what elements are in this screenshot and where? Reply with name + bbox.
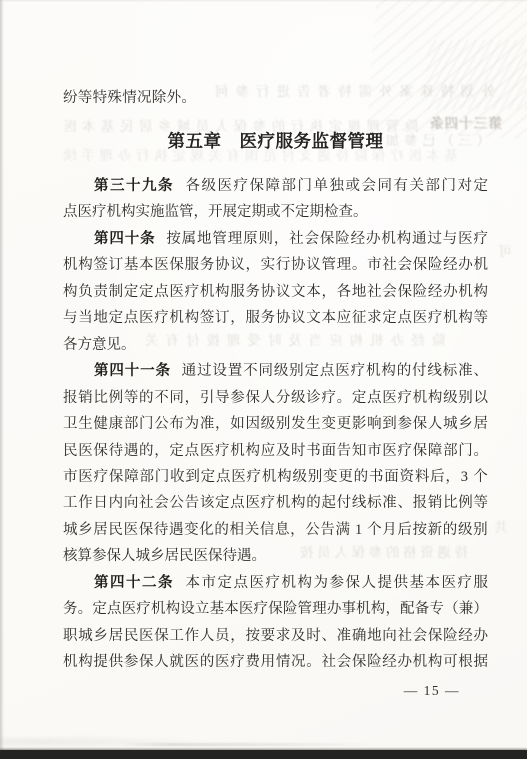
body-char: 构 bbox=[245, 440, 260, 462]
body-char: 确 bbox=[352, 625, 367, 647]
body-char: 等 bbox=[124, 387, 139, 409]
body-char: 社 bbox=[321, 651, 336, 673]
bleed-through-char: 何 bbox=[215, 84, 229, 99]
body-char: 保 bbox=[154, 625, 169, 647]
body-char: 疗 bbox=[94, 466, 109, 488]
body-char: 疗 bbox=[428, 307, 443, 329]
body-char: 医 bbox=[169, 281, 184, 303]
article-number-char: 一 bbox=[140, 360, 155, 382]
body-char: 疗 bbox=[397, 440, 412, 462]
body-char: 参 bbox=[124, 651, 139, 673]
body-char: 医 bbox=[185, 651, 200, 673]
body-char: 机 bbox=[413, 387, 428, 409]
body-char: 保 bbox=[107, 545, 122, 567]
body-char: 级 bbox=[443, 387, 458, 409]
bleed-through-char: 共 bbox=[495, 520, 509, 535]
body-char: 协 bbox=[215, 254, 230, 276]
body-char: 民 bbox=[124, 625, 139, 647]
body-char: 乡 bbox=[93, 625, 108, 647]
bleed-through-char: 进 bbox=[277, 84, 291, 99]
bleed-through-char: 者 bbox=[318, 84, 332, 99]
body-char: 门 bbox=[442, 175, 457, 197]
body-char: 疗 bbox=[261, 492, 276, 514]
body-char: 协 bbox=[261, 281, 276, 303]
body-char: 障 bbox=[428, 440, 443, 462]
body-char: 查 bbox=[339, 201, 354, 223]
article-number-char: 十 bbox=[126, 572, 141, 594]
body-char: 备 bbox=[415, 598, 430, 620]
body-char: 会 bbox=[154, 492, 169, 514]
body-char: 开 bbox=[208, 201, 223, 223]
body-char: 检 bbox=[324, 201, 339, 223]
body-char: 、 bbox=[321, 625, 336, 647]
body-char: 对 bbox=[458, 175, 473, 197]
body-char: 见 bbox=[107, 334, 122, 356]
body-char: 供 bbox=[394, 572, 409, 594]
body-char: 机 bbox=[151, 598, 166, 620]
body-char: 参 bbox=[92, 545, 107, 567]
body-char bbox=[351, 519, 355, 541]
body-line: 机构提供参保人就医的医疗费用情况。社会保险经办机构可根据 bbox=[63, 651, 488, 673]
bleed-through-char: 参 bbox=[236, 84, 250, 99]
body-char: 。 bbox=[252, 545, 267, 567]
body-char: 知 bbox=[352, 440, 367, 462]
article-number-char: 条 bbox=[158, 175, 173, 197]
body-line: 与当地定点医疗机构签订，服务协议文本应征求定点医疗机构等 bbox=[63, 307, 488, 329]
body-char: ， bbox=[230, 625, 245, 647]
bleed-through-char: 告 bbox=[297, 84, 311, 99]
body-char: 职 bbox=[63, 625, 78, 647]
body-char: 提 bbox=[378, 572, 393, 594]
body-char: 有 bbox=[394, 175, 409, 197]
body-char: 工 bbox=[63, 492, 78, 514]
body-char: 经 bbox=[458, 625, 473, 647]
body-char: 况 bbox=[291, 651, 306, 673]
body-char: 医 bbox=[335, 360, 350, 382]
body-char: 医 bbox=[218, 175, 233, 197]
body-char: 待 bbox=[154, 519, 169, 541]
body-char: 别 bbox=[289, 360, 304, 382]
body-char: 理 bbox=[228, 228, 243, 250]
body-char: 公 bbox=[154, 413, 169, 435]
body-char: 可 bbox=[443, 651, 458, 673]
body-char: 设 bbox=[180, 598, 195, 620]
body-char: 点 bbox=[230, 492, 245, 514]
body-char: 新 bbox=[428, 519, 443, 541]
body-line: 民医保待遇的，定点医疗机构应及时书面告知市医疗保障部门。 bbox=[63, 440, 488, 462]
body-char: 不 bbox=[243, 360, 258, 382]
body-char: 变 bbox=[323, 466, 338, 488]
body-char: 应 bbox=[337, 307, 352, 329]
body-char: 核 bbox=[63, 545, 78, 567]
body-char: 保 bbox=[268, 598, 283, 620]
article-number-char: 四 bbox=[109, 228, 124, 250]
body-char: 点 bbox=[124, 307, 139, 329]
body-char: 会 bbox=[362, 175, 377, 197]
body-char: 社 bbox=[382, 254, 397, 276]
body-char: 构 bbox=[291, 492, 306, 514]
body-char: 满 bbox=[336, 519, 351, 541]
article-number-char: 九 bbox=[142, 175, 157, 197]
body-char: 城 bbox=[443, 413, 458, 435]
article-first-line: 第三十九条各级医疗保障部门单独或会同有关部门对定 bbox=[63, 175, 488, 197]
body-char: 构 bbox=[185, 307, 200, 329]
body-char: 疗 bbox=[458, 572, 473, 594]
body-char: 经 bbox=[351, 228, 366, 250]
body-char: 变 bbox=[321, 413, 336, 435]
body-char: 经 bbox=[443, 254, 458, 276]
body-char: 参 bbox=[397, 413, 412, 435]
article-number-char: 三 bbox=[110, 175, 125, 197]
body-char: 个 bbox=[473, 466, 488, 488]
body-char: 各 bbox=[63, 334, 78, 356]
body-char: 3 bbox=[461, 466, 468, 488]
body-char: 管 bbox=[298, 598, 313, 620]
body-char: 构 bbox=[215, 281, 230, 303]
body-char: 保 bbox=[250, 175, 265, 197]
body-char: 民 bbox=[179, 545, 194, 567]
body-char: 疗 bbox=[254, 598, 269, 620]
body-char: 原 bbox=[243, 228, 258, 250]
body-char: 、 bbox=[473, 360, 488, 382]
body-char: ， bbox=[290, 519, 305, 541]
body-char: 管 bbox=[321, 254, 336, 276]
body-char: 社 bbox=[139, 492, 154, 514]
body-char bbox=[363, 519, 367, 541]
body-char: 机 bbox=[276, 492, 291, 514]
body-char: 疗 bbox=[230, 651, 245, 673]
body-char: 医 bbox=[442, 572, 457, 594]
body-char: 立 bbox=[195, 598, 210, 620]
body-char: 疗 bbox=[154, 307, 169, 329]
body-char: 实 bbox=[261, 254, 276, 276]
body-char: 告 bbox=[320, 519, 335, 541]
body-char: 标 bbox=[367, 492, 382, 514]
body-char: 疗 bbox=[397, 387, 412, 409]
body-char: 民 bbox=[108, 519, 123, 541]
body-char: 例 bbox=[109, 387, 124, 409]
body-char: 参 bbox=[230, 387, 245, 409]
body-char: 议 bbox=[306, 254, 321, 276]
body-char: 订 bbox=[215, 307, 230, 329]
body-char: 机 bbox=[458, 281, 473, 303]
bleed-through-char: 特 bbox=[338, 84, 352, 99]
body-char: 公 bbox=[169, 492, 184, 514]
body-char: 保 bbox=[139, 651, 154, 673]
body-char: 机 bbox=[366, 360, 381, 382]
body-char: ， bbox=[194, 201, 209, 223]
body-char: 供 bbox=[109, 651, 124, 673]
body-char: 级 bbox=[274, 360, 289, 382]
body-char: 务 bbox=[200, 254, 215, 276]
body-char: 销 bbox=[428, 492, 443, 514]
body-char: 关 bbox=[410, 175, 425, 197]
body-char: 保 bbox=[139, 519, 154, 541]
body-char: 医 bbox=[139, 625, 154, 647]
body-char: 按 bbox=[413, 519, 428, 541]
body-char: 监 bbox=[165, 201, 180, 223]
body-char: 的 bbox=[200, 651, 215, 673]
body-char: 乡 bbox=[78, 519, 93, 541]
body-char: 门 bbox=[458, 440, 473, 462]
body-char: 保 bbox=[413, 440, 428, 462]
body-char: 构 bbox=[121, 201, 136, 223]
body-char: 服 bbox=[185, 254, 200, 276]
body-char: 医 bbox=[413, 307, 428, 329]
body-char: 别 bbox=[473, 519, 488, 541]
body-char: 保 bbox=[109, 466, 124, 488]
body-char: 的 bbox=[354, 466, 369, 488]
body-char: 本 bbox=[186, 572, 201, 594]
body-char: 构 bbox=[473, 281, 488, 303]
body-char: 报 bbox=[63, 387, 78, 409]
body-char: 签 bbox=[93, 254, 108, 276]
body-char: 付 bbox=[412, 360, 427, 382]
body-char: 市 bbox=[367, 440, 382, 462]
article-number-char: 十 bbox=[125, 228, 140, 250]
body-char: 收 bbox=[170, 466, 185, 488]
article-number-char: 第 bbox=[94, 228, 109, 250]
body-char: 机 bbox=[356, 598, 371, 620]
body-char: 的 bbox=[443, 519, 458, 541]
body-char: 本 bbox=[321, 307, 336, 329]
body-char: 后 bbox=[430, 466, 445, 488]
body-char: 疗 bbox=[266, 572, 281, 594]
body-char: 的 bbox=[397, 360, 412, 382]
article-first-line: 第四十条按属地管理原则，社会保险经办机构通过与医疗 bbox=[63, 228, 488, 250]
body-char: 遇 bbox=[124, 440, 139, 462]
body-char: 险 bbox=[367, 651, 382, 673]
body-char: 。 bbox=[473, 440, 488, 462]
body-char: 机 bbox=[413, 651, 428, 673]
article-number-char: 二 bbox=[142, 572, 157, 594]
body-char: 准 bbox=[200, 413, 215, 435]
article-first-line: 第四十二条本市定点医疗机构为参保人提供基本医疗服 bbox=[63, 572, 488, 594]
body-char: 兼 bbox=[459, 598, 474, 620]
body-char: 情 bbox=[276, 651, 291, 673]
body-char: 定 bbox=[201, 466, 216, 488]
body-char: ， bbox=[445, 466, 460, 488]
body-char: 医 bbox=[122, 598, 137, 620]
body-char: 基 bbox=[210, 598, 225, 620]
body-char: 点 bbox=[185, 440, 200, 462]
body-char: 别 bbox=[458, 387, 473, 409]
body-char: ， bbox=[321, 281, 336, 303]
body-char: 医 bbox=[200, 440, 215, 462]
body-char: 本 bbox=[224, 598, 239, 620]
body-char: 会 bbox=[337, 651, 352, 673]
body-char: 市 bbox=[63, 466, 78, 488]
body-char: 别 bbox=[308, 466, 323, 488]
body-char: 疗 bbox=[136, 598, 151, 620]
body-char: 办 bbox=[397, 651, 412, 673]
body-char: 保 bbox=[93, 440, 108, 462]
body-char: 文 bbox=[291, 281, 306, 303]
body-char: 等 bbox=[473, 492, 488, 514]
body-char: 保 bbox=[320, 228, 335, 250]
body-char: 线 bbox=[427, 360, 442, 382]
body-char: 民 bbox=[63, 440, 78, 462]
body-char: 1 bbox=[355, 519, 362, 541]
body-char: 变 bbox=[184, 519, 199, 541]
body-char: 社 bbox=[367, 281, 382, 303]
body-char: 疗 bbox=[234, 175, 249, 197]
body-line: 城乡居民医保待遇变化的相关信息，公告满 1 个月后按新的级别 bbox=[63, 519, 488, 541]
body-char: 书 bbox=[369, 466, 384, 488]
body-char: 或 bbox=[266, 201, 281, 223]
body-line: 工作日内向社会公告该定点医疗机构的起付线标准、报销比例等 bbox=[63, 492, 488, 514]
body-char: 社 bbox=[289, 228, 304, 250]
body-char: 保 bbox=[413, 254, 428, 276]
body-char: 分 bbox=[276, 387, 291, 409]
body-char: 生 bbox=[306, 413, 321, 435]
body-char: 保 bbox=[245, 387, 260, 409]
scan-corner-texture-secondary bbox=[427, 40, 527, 110]
body-char: 点 bbox=[397, 307, 412, 329]
body-char: 医 bbox=[124, 519, 139, 541]
body-char: 卫 bbox=[63, 413, 78, 435]
body-char: 居 bbox=[109, 625, 124, 647]
body-char: 会 bbox=[397, 254, 412, 276]
body-char: 点 bbox=[154, 281, 169, 303]
article-number-char: 条 bbox=[140, 228, 155, 250]
body-char: 定 bbox=[169, 440, 184, 462]
body-char: 城 bbox=[63, 519, 78, 541]
body-char: 级 bbox=[291, 387, 306, 409]
body-char: 居 bbox=[93, 519, 108, 541]
body-char: 独 bbox=[330, 175, 345, 197]
body-char: 人 bbox=[154, 651, 169, 673]
body-char: 向 bbox=[382, 625, 397, 647]
body-line: 核算参保人城乡居民医保待遇。 bbox=[63, 545, 488, 567]
body-char: ， bbox=[154, 440, 169, 462]
body-char: 构 bbox=[458, 307, 473, 329]
body-char: 起 bbox=[321, 492, 336, 514]
body-char: 点 bbox=[234, 572, 249, 594]
body-char: 会 bbox=[413, 625, 428, 647]
body-line: 点医疗机构实施监管，开展定期或不定期检查。 bbox=[63, 201, 488, 223]
body-char: 的 bbox=[139, 440, 154, 462]
body-char: 发 bbox=[291, 413, 306, 435]
body-char: 康 bbox=[109, 413, 124, 435]
body-char: 定 bbox=[352, 387, 367, 409]
body-char: 关 bbox=[245, 519, 260, 541]
body-char: 乡 bbox=[458, 413, 473, 435]
body-char: 机 bbox=[381, 228, 396, 250]
body-char: 保 bbox=[346, 572, 361, 594]
body-char: 管 bbox=[179, 201, 194, 223]
body-char: 务 bbox=[261, 307, 276, 329]
body-char: 保 bbox=[352, 651, 367, 673]
body-char: 疗 bbox=[247, 466, 262, 488]
body-char: 保 bbox=[413, 413, 428, 435]
body-char: 管 bbox=[212, 228, 227, 250]
body-char: 定 bbox=[124, 281, 139, 303]
body-char: 构 bbox=[371, 598, 386, 620]
body-char: 。 bbox=[306, 651, 321, 673]
body-char: 医 bbox=[458, 228, 473, 250]
body-char: 理 bbox=[337, 254, 352, 276]
scan-smudge-line bbox=[120, 743, 380, 746]
body-char: 月 bbox=[382, 519, 397, 541]
body-line: 务。定点医疗机构设立基本医疗保险管理办事机构，配备专（兼） bbox=[63, 598, 488, 620]
body-char: 据 bbox=[473, 651, 488, 673]
body-char: 城 bbox=[78, 625, 93, 647]
body-line: 机构签订基本医保服务协议，实行协议管理。市社会保险经办机 bbox=[63, 254, 488, 276]
body-char: 险 bbox=[413, 281, 428, 303]
body-char: 保 bbox=[208, 545, 223, 567]
bleed-through-text: 可 bbox=[490, 244, 512, 259]
body-char: 当 bbox=[78, 307, 93, 329]
body-char: 通 bbox=[412, 228, 427, 250]
body-char: 通 bbox=[182, 360, 197, 382]
body-char: 书 bbox=[306, 440, 321, 462]
body-char: 部 bbox=[443, 440, 458, 462]
body-char: 城 bbox=[136, 545, 151, 567]
body-char: 工 bbox=[169, 625, 184, 647]
body-char: 医 bbox=[78, 201, 93, 223]
body-char: 以 bbox=[473, 387, 488, 409]
scan-left-edge bbox=[0, 0, 4, 759]
body-char: 。 bbox=[352, 254, 367, 276]
body-char: 。 bbox=[337, 387, 352, 409]
body-char: 险 bbox=[428, 254, 443, 276]
body-char: 机 bbox=[200, 281, 215, 303]
body-char: 本 bbox=[426, 572, 441, 594]
body-char: 级 bbox=[261, 413, 276, 435]
body-char: 服 bbox=[474, 572, 489, 594]
body-char: 定 bbox=[218, 572, 233, 594]
body-char: ， bbox=[385, 598, 400, 620]
body-char: 日 bbox=[93, 492, 108, 514]
body-char: 医 bbox=[154, 254, 169, 276]
body-char: 人 bbox=[121, 545, 136, 567]
body-char: 影 bbox=[352, 413, 367, 435]
body-char: 期 bbox=[310, 201, 325, 223]
article-number-char: 条 bbox=[158, 572, 173, 594]
body-char: 应 bbox=[261, 440, 276, 462]
body-char: 引 bbox=[200, 387, 215, 409]
body-char: 理 bbox=[312, 598, 327, 620]
body-char: 相 bbox=[230, 519, 245, 541]
body-char: 医 bbox=[382, 387, 397, 409]
body-char: 公 bbox=[305, 519, 320, 541]
page-number: — 15 — bbox=[404, 683, 460, 699]
body-char: 息 bbox=[275, 519, 290, 541]
body-char: 办 bbox=[443, 281, 458, 303]
body-char: 意 bbox=[92, 334, 107, 356]
article-number-char: 条 bbox=[155, 360, 170, 382]
body-char: 施 bbox=[150, 201, 165, 223]
body-char: 。 bbox=[353, 201, 368, 223]
body-char: 与 bbox=[443, 228, 458, 250]
body-char: 协 bbox=[276, 307, 291, 329]
body-char: 险 bbox=[335, 228, 350, 250]
body-char: 议 bbox=[230, 254, 245, 276]
body-char: 个 bbox=[367, 519, 382, 541]
body-char: 医 bbox=[78, 466, 93, 488]
body-char: 基 bbox=[124, 254, 139, 276]
body-char: 时 bbox=[306, 625, 321, 647]
body-char: 构 bbox=[381, 360, 396, 382]
body-char: 地 bbox=[352, 281, 367, 303]
article-number-char: 四 bbox=[109, 360, 124, 382]
body-char: 用 bbox=[261, 651, 276, 673]
body-char: 定 bbox=[305, 360, 320, 382]
body-char: 属 bbox=[182, 228, 197, 250]
body-char: 准 bbox=[458, 360, 473, 382]
body-char: 本 bbox=[139, 254, 154, 276]
